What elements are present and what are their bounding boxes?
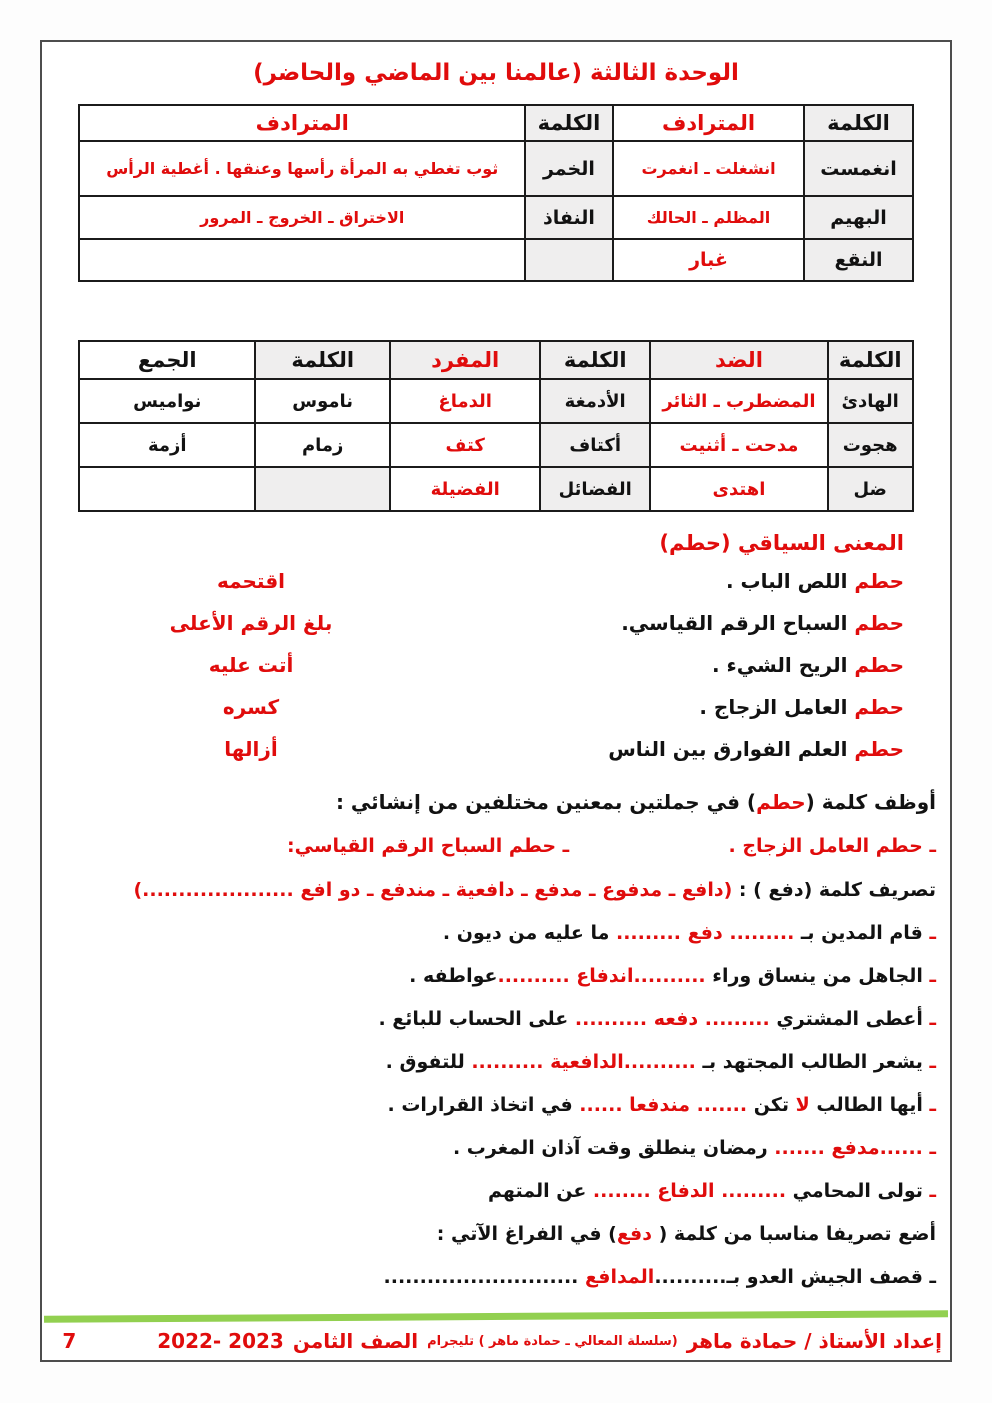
footer-prepared-by: إعداد الأستاذ / حمادة ماهر <box>687 1329 942 1353</box>
conjugation-line: تصريف كلمة (دفع ) : (دافع ـ مدفوع ـ مدفع… <box>42 868 950 912</box>
synonym-cell: غبار <box>613 239 805 281</box>
keyword: حطم <box>854 611 904 635</box>
text-segment: ـ ......مدفع ....... <box>768 1137 936 1159</box>
page-title: الوحدة الثالثة (عالمنا بين الماضي والحاض… <box>42 56 950 90</box>
column-header-singular: المفرد <box>390 341 540 379</box>
sentence: العامل الزجاج . <box>699 695 854 719</box>
keyword: حطم <box>854 695 904 719</box>
text-segment: ........................... <box>384 1266 579 1288</box>
text-segment: ـ <box>923 1180 936 1202</box>
plural-cell <box>79 467 255 511</box>
word-cell: ناموس <box>255 379 390 423</box>
word-cell <box>255 467 390 511</box>
text-segment: الجاهل من ينساق وراء <box>706 965 923 987</box>
text-segment: دفع <box>617 1223 652 1245</box>
text-segment: ......... الدفاع ........ <box>586 1180 786 1202</box>
synonyms-table: الكلمة المترادف الكلمة المترادف انغمست ا… <box>78 104 913 282</box>
text-segment: ......... دفعه .......... <box>568 1008 769 1030</box>
text-segment: تولى المحامي <box>786 1180 923 1202</box>
context-example-row: حطم العلم الفوارق بين الناس أزالها <box>42 728 904 770</box>
text-segment: ـ <box>923 922 936 944</box>
synonym-cell: انشغلت ـ انغمرت <box>613 141 805 196</box>
antonym-cell: المضطرب ـ الثائر <box>650 379 828 423</box>
word-cell <box>525 239 613 281</box>
text-segment: ..........اندفاع .......... <box>497 965 705 987</box>
usage-example-left: ـ حطم السباح الرقم القياسي: <box>42 824 602 868</box>
text-segment: على الحساب للبائع . <box>378 1008 568 1030</box>
synonym-cell: الاختراق ـ الخروج ـ المرور <box>79 196 525 239</box>
table-header-row: الكلمة المترادف الكلمة المترادف <box>79 105 912 141</box>
table-row: البهيم المظلم ـ الحالك النفاذ الاختراق ـ… <box>79 196 912 239</box>
answer: أتت عليه <box>42 644 460 686</box>
column-header-synonym: المترادف <box>613 105 805 141</box>
keyword: حطم <box>854 569 904 593</box>
text-segment: أوظف كلمة ( <box>806 790 936 814</box>
usage-examples-line: ـ حطم العامل الزجاج . ـ حطم السباح الرقم… <box>42 824 950 868</box>
text-segment: ما عليه من ديون . <box>443 922 609 944</box>
synonym-cell <box>79 239 525 281</box>
singular-cell: كتف <box>390 423 540 467</box>
sentence: اللص الباب . <box>726 569 854 593</box>
text-segment: (دافع ـ مدفوع ـ مدفع ـ دافعية ـ مندفع ـ … <box>133 879 732 901</box>
column-header-word: الكلمة <box>255 341 390 379</box>
text-segment: قام المدين بـ <box>794 922 923 944</box>
section-heading-contextual: المعنى السياقي (حطم) <box>42 526 904 560</box>
sentence: السباح الرقم القياسي. <box>621 611 854 635</box>
antonym-cell: اهتدى <box>650 467 828 511</box>
column-header-word: الكلمة <box>540 341 650 379</box>
singular-cell: الدماغ <box>390 379 540 423</box>
worksheet-page: الوحدة الثالثة (عالمنا بين الماضي والحاض… <box>0 0 992 1403</box>
answer: اقتحمه <box>42 560 460 602</box>
singular-cell: الفضيلة <box>390 467 540 511</box>
page-border-frame: الوحدة الثالثة (عالمنا بين الماضي والحاض… <box>40 40 952 1362</box>
column-header-antonym: الضد <box>650 341 828 379</box>
word-cell: زمام <box>255 423 390 467</box>
context-example-row: حطم اللص الباب . اقتحمه <box>42 560 904 602</box>
keyword: حطم <box>854 653 904 677</box>
plural-cell: أزمة <box>79 423 255 467</box>
text-segment: ) في جملتين بمعنين مختلفين من إنشائي : <box>336 790 756 814</box>
fill-in-line: ـ يشعر الطالب المجتهد بـ ..........الداف… <box>42 1041 950 1084</box>
text-segment: رمضان ينطلق وقت آذان المغرب . <box>453 1137 768 1159</box>
text-segment: تصريف كلمة (دفع ) : <box>732 879 936 901</box>
fill-in-line: ـ أعطى المشتري ......... دفعه ..........… <box>42 998 950 1041</box>
usage-example-right: ـ حطم العامل الزجاج . <box>729 835 937 857</box>
footer: إعداد الأستاذ / حمادة ماهر (سلسلة المعال… <box>42 1322 950 1360</box>
word-cell: هجوت <box>828 423 913 467</box>
table-row: انغمست انشغلت ـ انغمرت الخمر ثوب تغطي به… <box>79 141 912 196</box>
context-example-row: حطم السباح الرقم القياسي. بلغ الرقم الأع… <box>42 602 904 644</box>
usage-prompt-line: أوظف كلمة (حطم) في جملتين بمعنين مختلفين… <box>42 780 950 824</box>
text-segment: ـ قصف الجيش العدو بـ.......... <box>654 1266 936 1288</box>
column-header-synonym: المترادف <box>79 105 525 141</box>
text-segment: ـ <box>923 1008 936 1030</box>
footer-page-number: 7 <box>62 1329 76 1353</box>
text-segment: أيها الطالب <box>810 1094 923 1116</box>
fill-in-line: ـ تولى المحامي ......... الدفاع ........… <box>42 1170 950 1213</box>
text-segment: أضع تصريفا مناسبا من كلمة ( <box>652 1223 936 1245</box>
context-example-row: حطم الريح الشيء . أتت عليه <box>42 644 904 686</box>
word-cell: الهادئ <box>828 379 913 423</box>
text-segment: يشعر الطالب المجتهد بـ <box>696 1051 923 1073</box>
text-segment: ـ <box>923 1094 936 1116</box>
table-row: هجوت مدحت ـ أثنيت أكتاف كتف زمام أزمة <box>79 423 912 467</box>
text-segment: حطم <box>756 790 806 814</box>
table-row: الهادئ المضطرب ـ الثائر الأدمغة الدماغ ن… <box>79 379 912 423</box>
text-segment: ـ <box>923 965 936 987</box>
table-row: النقع غبار <box>79 239 912 281</box>
table-header-row: الكلمة الضد الكلمة المفرد الكلمة الجمع <box>79 341 912 379</box>
footer-series: (سلسلة المعالي ـ حمادة ماهر ) تليجرام <box>427 1334 678 1349</box>
answer: بلغ الرقم الأعلى <box>42 602 460 644</box>
text-segment: تكن <box>747 1094 789 1116</box>
word-cell: الأدمغة <box>540 379 650 423</box>
sentence: الريح الشيء . <box>712 653 854 677</box>
text-segment: ....... مندفعا ...... <box>573 1094 747 1116</box>
fill-in-line: ـ قام المدين بـ ......... دفع ......... … <box>42 912 950 955</box>
synonym-cell: المظلم ـ الحالك <box>613 196 805 239</box>
fill-in-line: ـ أيها الطالب لا تكن ....... مندفعا ....… <box>42 1084 950 1127</box>
text-segment: عن المتهم <box>488 1180 586 1202</box>
word-cell: أكتاف <box>540 423 650 467</box>
word-cell: الفضائل <box>540 467 650 511</box>
table-row: ضل اهتدى الفضائل الفضيلة <box>79 467 912 511</box>
text-segment: ) في الفراغ الآتي : <box>437 1223 617 1245</box>
synonym-cell: ثوب تغطي به المرأة رأسها وعنقها . أغطية … <box>79 141 525 196</box>
fill-in-line: ـ ......مدفع ....... رمضان ينطلق وقت آذا… <box>42 1127 950 1170</box>
answer: كسره <box>42 686 460 728</box>
word-cell: النفاذ <box>525 196 613 239</box>
column-header-word: الكلمة <box>525 105 613 141</box>
column-header-plural: الجمع <box>79 341 255 379</box>
text-segment: في اتخاذ القرارات . <box>387 1094 572 1116</box>
text-segment: للتفوق . <box>386 1051 465 1073</box>
text-segment: لا <box>789 1094 810 1116</box>
fill-in-line: ـ الجاهل من ينساق وراء ..........اندفاع … <box>42 955 950 998</box>
footer-years: 2022- 2023 <box>157 1329 284 1353</box>
word-cell: انغمست <box>804 141 912 196</box>
contextual-meaning-section: المعنى السياقي (حطم) حطم اللص الباب . اق… <box>42 526 950 770</box>
sentence: العلم الفوارق بين الناس <box>608 737 854 761</box>
final-fill-line: ـ قصف الجيش العدو بـ..........المدافع ..… <box>42 1256 950 1299</box>
antonym-cell: مدحت ـ أثنيت <box>650 423 828 467</box>
green-divider-line <box>44 1310 948 1323</box>
plural-cell: نواميس <box>79 379 255 423</box>
text-segment: ..........الدافعية .......... <box>465 1051 696 1073</box>
context-example-row: حطم العامل الزجاج . كسره <box>42 686 904 728</box>
text-segment: ـ <box>923 1051 936 1073</box>
antonyms-singular-plural-table: الكلمة الضد الكلمة المفرد الكلمة الجمع ا… <box>78 340 913 512</box>
answer: أزالها <box>42 728 460 770</box>
column-header-word: الكلمة <box>804 105 912 141</box>
word-cell: البهيم <box>804 196 912 239</box>
text-segment: ......... دفع ......... <box>609 922 794 944</box>
text-segment: عواطفه . <box>409 965 497 987</box>
word-cell: الخمر <box>525 141 613 196</box>
word-cell: ضل <box>828 467 913 511</box>
keyword: حطم <box>854 737 904 761</box>
text-segment: المدافع <box>578 1266 654 1288</box>
column-header-word: الكلمة <box>828 341 913 379</box>
text-segment: أعطى المشتري <box>770 1008 923 1030</box>
footer-grade: الصف الثامن <box>293 1329 418 1353</box>
final-prompt-line: أضع تصريفا مناسبا من كلمة ( دفع) في الفر… <box>42 1213 950 1256</box>
word-cell: النقع <box>804 239 912 281</box>
